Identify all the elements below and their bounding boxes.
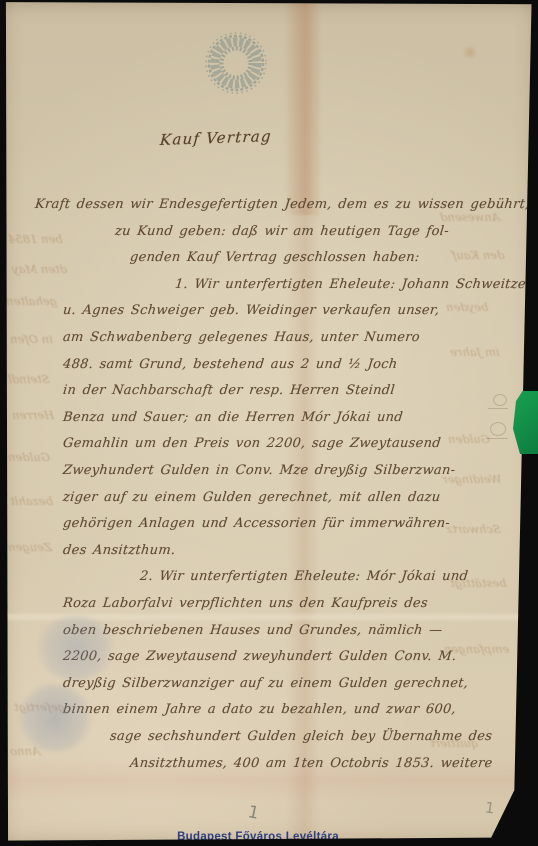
pencil-doodle-mark [488, 408, 508, 409]
bleedthrough-fragment: gehalten [5, 294, 57, 308]
manuscript-line: in der Nachbarschaft der resp. Herren St… [62, 383, 395, 398]
manuscript-line: genden Kauf Vertrag geschlossen haben: [129, 250, 420, 265]
manuscript-line: 2200, sage Zweytausend zweyhundert Gulde… [62, 649, 457, 664]
bleedthrough-fragment: dten May [11, 262, 67, 276]
bleedthrough-fragment: bezahlt [9, 494, 53, 508]
bleedthrough-fragment: Herren [11, 408, 55, 422]
bleedthrough-fragment: Zeugen [7, 540, 52, 554]
bleedthrough-fragment: im Jahre [449, 345, 500, 359]
paper-stain [462, 46, 478, 59]
pencil-doodle-circle [493, 394, 507, 406]
bleedthrough-fragment: ben 1854 [7, 232, 63, 246]
manuscript-line: binnen einem Jahre a dato zu bezahlen, u… [62, 702, 457, 717]
manuscript-line: Gemahlin um den Preis von 2200, sage Zwe… [62, 436, 441, 451]
pencil-doodle-mark [486, 438, 508, 439]
bleedthrough-fragment: Weidinger [441, 472, 502, 486]
manuscript-line: zu Kund geben: daß wir am heutigen Tage … [114, 224, 449, 239]
manuscript-line: u. Agnes Schweiger geb. Weidinger verkau… [62, 303, 440, 318]
manuscript-line: Zweyhundert Gulden in Conv. Mze dreyßig … [62, 463, 456, 478]
bleedthrough-fragment: quittiert [429, 736, 479, 750]
manuscript-line: 1. Wir unterfertigten Eheleute: Johann S… [174, 277, 533, 292]
manuscript-line: 488. samt Grund, bestehend aus 2 und ½ J… [62, 357, 398, 372]
manuscript-line: oben beschriebenen Hauses und Grundes, n… [62, 623, 443, 638]
scanned-document: Kauf Vertrag Kraft dessen wir Endesgefer… [0, 0, 538, 846]
page-number-pencil-right: 1 [484, 798, 496, 817]
blue-round-stamp-bleed [18, 684, 92, 752]
bleedthrough-fragment: den Kauf [451, 248, 505, 262]
bleedthrough-fragment: empfangen [443, 642, 510, 656]
manuscript-line: Ansitzthumes, 400 am 1ten Octobris 1853.… [129, 756, 493, 771]
bleedthrough-fragment: Anwesend [439, 210, 500, 224]
bleedthrough-fragment: Gulden [447, 432, 490, 446]
bleedthrough-fragment: in Ofen [9, 332, 53, 346]
manuscript-line: 2. Wir unterfertigten Eheleute: Mór Jóka… [139, 569, 469, 584]
seal-graphic [204, 30, 268, 96]
bleedthrough-fragment: beyden [445, 300, 489, 314]
blue-round-stamp-bleed [36, 616, 116, 680]
manuscript-paper: Kauf Vertrag Kraft dessen wir Endesgefer… [0, 0, 538, 846]
bleedthrough-fragment: Schwartz [445, 522, 501, 536]
vertical-fold-crease-top [284, 0, 322, 215]
manuscript-line: ziger auf zu einem Gulden gerechnet, mit… [62, 490, 441, 505]
bleedthrough-fragment: Steindl [7, 372, 50, 386]
embossed-revenue-stamp-icon [204, 30, 268, 96]
manuscript-line: dreyßig Silberzwanziger auf zu einem Gul… [62, 676, 469, 691]
manuscript-line: Roza Laborfalvi verpflichten uns den Kau… [62, 596, 428, 611]
bleedthrough-fragment: Gulden [7, 450, 50, 464]
page-number-pencil: 1 [246, 802, 261, 824]
manuscript-lines: Kraft dessen wir Endesgefertigten Jedem,… [35, 197, 521, 797]
bleedthrough-fragment: bestättigt [449, 576, 507, 590]
manuscript-line: gehörigen Anlagen und Accessorien für im… [62, 516, 451, 531]
manuscript-line: am Schwabenberg gelegenes Haus, unter Nu… [62, 330, 420, 345]
pencil-doodle-circle [490, 422, 506, 436]
manuscript-line: Benza und Sauer; an die Herren Mór Jókai… [62, 410, 404, 425]
document-title-handwritten: Kauf Vertrag [159, 127, 272, 149]
manuscript-line: des Ansitzthum. [62, 543, 176, 558]
